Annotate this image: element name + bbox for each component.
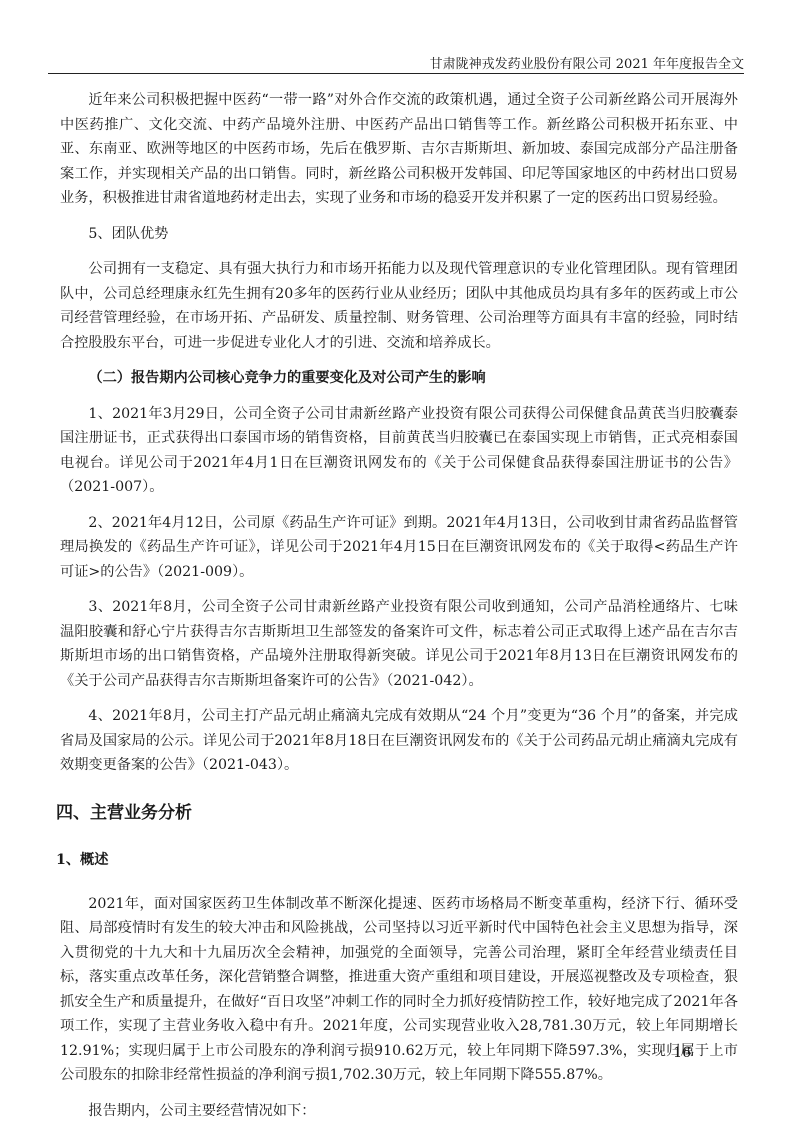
changes-heading: （二）报告期内公司核心竞争力的重要变化及对公司产生的影响 [60,366,738,391]
team-paragraph: 公司拥有一支稳定、具有强大执行力和市场开拓能力以及现代管理意识的专业化管理团队。… [60,257,738,355]
page-body: 近年来公司积极把握中医药“一带一路”对外合作交流的政策机遇，通过全资子公司新丝路… [60,88,738,1122]
change-item-4: 4、2021年8月，公司主打产品元胡止痛滴丸完成有效期从“24 个月”变更为“3… [60,704,738,778]
running-header: 甘肃陇神戎发药业股份有限公司 2021 年年度报告全文 [48,56,744,74]
change-item-2: 2、2021年4月12日，公司原《药品生产许可证》到期。2021年4月13日，公… [60,511,738,585]
overview-heading: 1、概述 [56,848,738,872]
operations-intro: 报告期内，公司主要经营情况如下： [60,1099,738,1122]
team-heading: 5、团队优势 [60,222,738,247]
change-item-3: 3、2021年8月，公司全资子公司甘肃新丝路产业投资有限公司收到通知，公司产品消… [60,595,738,693]
change-item-1: 1、2021年3月29日，公司全资子公司甘肃新丝路产业投资有限公司获得公司保健食… [60,402,738,500]
page-number: 16 [541,1044,691,1062]
document-page: 甘肃陇神戎发药业股份有限公司 2021 年年度报告全文 近年来公司积极把握中医药… [0,0,793,1122]
main-business-heading: 四、主营业务分析 [56,800,738,826]
intro-paragraph: 近年来公司积极把握中医药“一带一路”对外合作交流的政策机遇，通过全资子公司新丝路… [60,88,738,211]
header-divider [48,73,744,74]
